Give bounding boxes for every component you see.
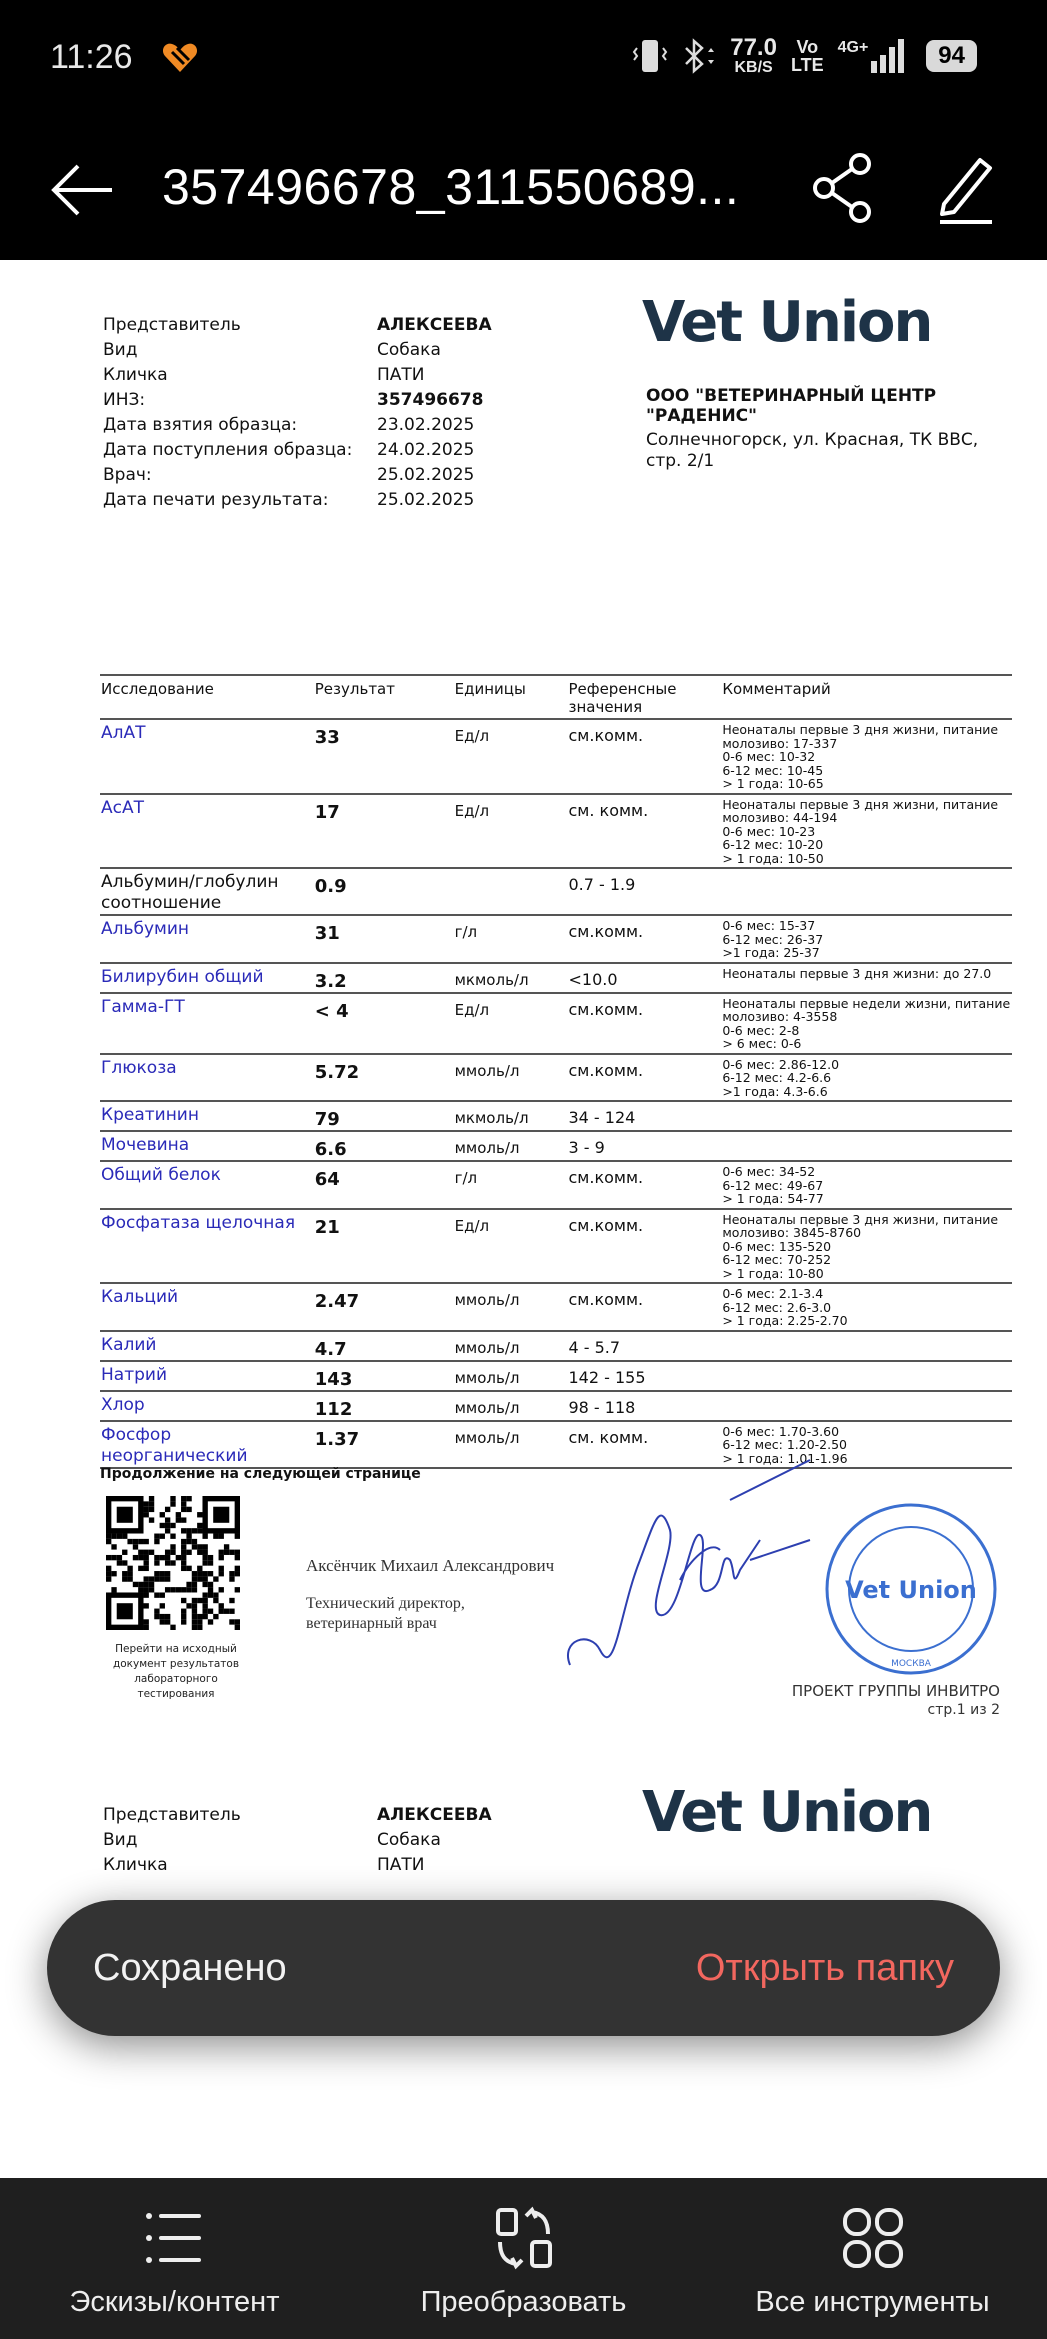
table-row: Креатинин79мкмоль/л34 - 124 bbox=[100, 1100, 1012, 1130]
info-row: ВидСобака bbox=[103, 337, 492, 362]
test-comment bbox=[722, 1135, 1012, 1160]
info-label: Дата поступления образца: bbox=[103, 440, 377, 460]
test-unit bbox=[455, 872, 569, 914]
test-comment bbox=[722, 1365, 1012, 1390]
edit-pencil-icon[interactable] bbox=[936, 152, 996, 224]
info-label: Вид bbox=[103, 340, 377, 360]
test-reference: см.комм. bbox=[568, 1213, 722, 1283]
table-header: Исследование Результат Единицы Референсн… bbox=[100, 676, 1012, 718]
test-comment: 0-6 мес: 2.1-3.46-12 мес: 2.6-3.0> 1 год… bbox=[722, 1287, 1012, 1330]
test-unit: ммоль/л bbox=[455, 1365, 569, 1390]
test-result: 21 bbox=[315, 1213, 455, 1283]
test-name: Кальций bbox=[100, 1287, 315, 1330]
table-row: Фосфор неорганический1.37ммоль/лсм. комм… bbox=[100, 1420, 1012, 1468]
test-comment bbox=[722, 872, 1012, 914]
test-unit: Ед/л bbox=[455, 798, 569, 868]
test-name: Альбумин bbox=[100, 919, 315, 962]
test-result: 64 bbox=[315, 1165, 455, 1208]
volte-indicator: Vo LTE bbox=[791, 38, 824, 74]
svg-text:МОСКВА: МОСКВА bbox=[891, 1659, 932, 1669]
test-comment: 0-6 мес: 34-526-12 мес: 49-67> 1 года: 5… bbox=[722, 1165, 1012, 1208]
saved-snackbar: Сохранено Открыть папку bbox=[47, 1900, 1000, 2036]
info-label: Дата печати результата: bbox=[103, 490, 377, 510]
test-result: 0.9 bbox=[315, 872, 455, 914]
info-label: Представитель bbox=[103, 1805, 377, 1825]
info-value: ПАТИ bbox=[377, 365, 425, 385]
results-table: Исследование Результат Единицы Референсн… bbox=[100, 674, 1012, 1469]
info-value: 25.02.2025 bbox=[377, 490, 474, 510]
test-reference: см.комм. bbox=[568, 997, 722, 1053]
table-row: Гамма-ГТ< 4Ед/лсм.комм.Неонаталы первые … bbox=[100, 992, 1012, 1053]
list-icon bbox=[143, 2206, 207, 2270]
test-unit: ммоль/л bbox=[455, 1425, 569, 1468]
test-name: Общий белок bbox=[100, 1165, 315, 1208]
test-reference: см.комм. bbox=[568, 1165, 722, 1208]
table-row: Фосфатаза щелочная21Ед/лсм.комм.Неонатал… bbox=[100, 1208, 1012, 1283]
all-tools-icon bbox=[841, 2206, 905, 2270]
test-reference: см.комм. bbox=[568, 1058, 722, 1101]
table-row: Калий4.7ммоль/л4 - 5.7 bbox=[100, 1330, 1012, 1360]
table-row: Кальций2.47ммоль/лсм.комм.0-6 мес: 2.1-3… bbox=[100, 1282, 1012, 1330]
test-unit: г/л bbox=[455, 1165, 569, 1208]
info-value: 23.02.2025 bbox=[377, 415, 474, 435]
project-note: ПРОЕКТ ГРУППЫ ИНВИТРО bbox=[792, 1682, 1000, 1701]
test-result: 5.72 bbox=[315, 1058, 455, 1101]
test-reference: см.комм. bbox=[568, 723, 722, 793]
clock: 11:26 bbox=[50, 38, 133, 77]
test-comment: Неонаталы первые 3 дня жизни, питаниемол… bbox=[722, 798, 1012, 868]
svg-text:Vet Union: Vet Union bbox=[845, 1576, 977, 1604]
page2-patient-info: ПредставительАЛЕКСЕЕВАВидСобакаКличкаПАТ… bbox=[103, 1802, 492, 1877]
table-row: Альбумин31г/лсм.комм.0-6 мес: 15-376-12 … bbox=[100, 914, 1012, 962]
test-result: < 4 bbox=[315, 997, 455, 1053]
test-unit: г/л bbox=[455, 919, 569, 962]
test-reference: 0.7 - 1.9 bbox=[568, 872, 722, 914]
test-name: АлАТ bbox=[100, 723, 315, 793]
test-name: Гамма-ГТ bbox=[100, 997, 315, 1053]
test-reference: 142 - 155 bbox=[568, 1365, 722, 1390]
info-row: ПредставительАЛЕКСЕЕВА bbox=[103, 312, 492, 337]
test-name: Фосфор неорганический bbox=[100, 1425, 315, 1468]
test-unit: ммоль/л bbox=[455, 1287, 569, 1330]
company-stamp: Vet Union МОСКВА bbox=[822, 1500, 1000, 1678]
test-unit: Ед/л bbox=[455, 723, 569, 793]
test-comment: Неонаталы первые 3 дня жизни: до 27.0 bbox=[722, 967, 1012, 992]
continuation-note: Продолжение на следующей странице bbox=[100, 1466, 421, 1482]
test-name: АсАТ bbox=[100, 798, 315, 868]
project-footer: ПРОЕКТ ГРУППЫ ИНВИТРО стр.1 из 2 bbox=[792, 1682, 1000, 1720]
test-reference: 34 - 124 bbox=[568, 1105, 722, 1130]
table-row: Альбумин/глобулин соотношение0.90.7 - 1.… bbox=[100, 867, 1012, 914]
org-name: ООО "ВЕТЕРИНАРНЫЙ ЦЕНТР "РАДЕНИС" bbox=[646, 386, 1006, 426]
pdf-document-view[interactable]: ПредставительАЛЕКСЕЕВАВидСобакаКличкаПАТ… bbox=[0, 260, 1047, 2180]
info-row: ИНЗ:357496678 bbox=[103, 387, 492, 412]
test-result: 1.37 bbox=[315, 1425, 455, 1468]
test-reference: <10.0 bbox=[568, 967, 722, 992]
snackbar-message: Сохранено bbox=[93, 1947, 287, 1990]
info-value: Собака bbox=[377, 340, 441, 360]
test-result: 31 bbox=[315, 919, 455, 962]
test-comment: Неонаталы первые 3 дня жизни, питаниемол… bbox=[722, 1213, 1012, 1283]
info-value: 25.02.2025 bbox=[377, 465, 474, 485]
battery-indicator: 94 bbox=[926, 40, 977, 72]
info-value: Собака bbox=[377, 1830, 441, 1850]
test-result: 143 bbox=[315, 1365, 455, 1390]
page2-vet-union-logo: Vet Union bbox=[642, 1780, 931, 1845]
document-title: 357496678_311550689... bbox=[162, 158, 739, 216]
info-value: ПАТИ bbox=[377, 1855, 425, 1875]
test-name: Мочевина bbox=[100, 1135, 315, 1160]
test-result: 3.2 bbox=[315, 967, 455, 992]
qr-code[interactable] bbox=[106, 1496, 240, 1630]
signer-name: Аксёнчик Михаил Александрович bbox=[306, 1556, 554, 1576]
signature bbox=[560, 1440, 840, 1690]
test-name: Калий bbox=[100, 1335, 315, 1360]
test-unit: ммоль/л bbox=[455, 1058, 569, 1101]
bottom-toolbar: Эскизы/контент Преобразовать Все инструм… bbox=[0, 2178, 1047, 2339]
status-icons: 77.0 KB/S Vo LTE 4G+ 94 bbox=[632, 36, 977, 76]
test-comment bbox=[722, 1395, 1012, 1420]
net-speed: 77.0 KB/S bbox=[730, 36, 777, 76]
test-comment: 0-6 мес: 2.86-12.06-12 мес: 4.2-6.6>1 го… bbox=[722, 1058, 1012, 1101]
test-name: Альбумин/глобулин соотношение bbox=[100, 872, 315, 914]
test-unit: Ед/л bbox=[455, 997, 569, 1053]
info-label: Врач: bbox=[103, 465, 377, 485]
test-result: 2.47 bbox=[315, 1287, 455, 1330]
test-result: 33 bbox=[315, 723, 455, 793]
test-reference: 4 - 5.7 bbox=[568, 1335, 722, 1360]
info-label: Вид bbox=[103, 1830, 377, 1850]
test-reference: 3 - 9 bbox=[568, 1135, 722, 1160]
convert-button[interactable]: Преобразовать bbox=[349, 2178, 698, 2339]
table-row: Натрий143ммоль/л142 - 155 bbox=[100, 1360, 1012, 1390]
test-comment: 0-6 мес: 15-376-12 мес: 26-37>1 года: 25… bbox=[722, 919, 1012, 962]
info-label: Кличка bbox=[103, 1855, 377, 1875]
share-icon[interactable] bbox=[812, 152, 874, 224]
thumbnails-content-button[interactable]: Эскизы/контент bbox=[0, 2178, 349, 2339]
test-comment: Неонаталы первые недели жизни, питаниемо… bbox=[722, 997, 1012, 1053]
test-unit: мкмоль/л bbox=[455, 967, 569, 992]
test-unit: ммоль/л bbox=[455, 1335, 569, 1360]
test-reference: см.комм. bbox=[568, 1287, 722, 1330]
info-value: 24.02.2025 bbox=[377, 440, 474, 460]
table-row: Глюкоза5.72ммоль/лсм.комм.0-6 мес: 2.86-… bbox=[100, 1053, 1012, 1101]
organization-info: ООО "ВЕТЕРИНАРНЫЙ ЦЕНТР "РАДЕНИС" Солнеч… bbox=[646, 386, 1006, 472]
convert-icon bbox=[492, 2206, 556, 2270]
info-label: ИНЗ: bbox=[103, 390, 377, 410]
test-name: Глюкоза bbox=[100, 1058, 315, 1101]
org-address: Солнечногорск, ул. Красная, ТК ВВС, стр.… bbox=[646, 430, 1006, 472]
table-row: АлАТ33Ед/лсм.комм.Неонаталы первые 3 дня… bbox=[100, 718, 1012, 793]
test-unit: Ед/л bbox=[455, 1213, 569, 1283]
test-unit: мкмоль/л bbox=[455, 1105, 569, 1130]
vet-union-logo: Vet Union bbox=[642, 290, 931, 355]
info-value: АЛЕКСЕЕВА bbox=[377, 1805, 492, 1825]
test-result: 4.7 bbox=[315, 1335, 455, 1360]
back-arrow-icon[interactable] bbox=[48, 160, 114, 220]
test-name: Билирубин общий bbox=[100, 967, 315, 992]
signal-icon: 4G+ bbox=[838, 39, 905, 73]
info-value: АЛЕКСЕЕВА bbox=[377, 315, 492, 335]
all-tools-button[interactable]: Все инструменты bbox=[698, 2178, 1047, 2339]
test-reference: см.комм. bbox=[568, 919, 722, 962]
test-result: 17 bbox=[315, 798, 455, 868]
info-row: ВидСобака bbox=[103, 1827, 492, 1852]
table-row: Общий белок64г/лсм.комм.0-6 мес: 34-526-… bbox=[100, 1160, 1012, 1208]
info-value: 357496678 bbox=[377, 390, 483, 410]
table-row: АсАТ17Ед/лсм. комм.Неонаталы первые 3 дн… bbox=[100, 793, 1012, 868]
table-row: Хлор112ммоль/л98 - 118 bbox=[100, 1390, 1012, 1420]
test-name: Хлор bbox=[100, 1395, 315, 1420]
test-comment bbox=[722, 1335, 1012, 1360]
info-row: КличкаПАТИ bbox=[103, 1852, 492, 1877]
info-row: ПредставительАЛЕКСЕЕВА bbox=[103, 1802, 492, 1827]
test-result: 6.6 bbox=[315, 1135, 455, 1160]
status-bar: 11:26 77.0 KB/S Vo LTE 4G+ 94 bbox=[0, 0, 1047, 120]
test-name: Натрий bbox=[100, 1365, 315, 1390]
test-name: Фосфатаза щелочная bbox=[100, 1213, 315, 1283]
vibrate-icon bbox=[632, 38, 668, 74]
info-label: Кличка bbox=[103, 365, 377, 385]
test-result: 112 bbox=[315, 1395, 455, 1420]
test-unit: ммоль/л bbox=[455, 1395, 569, 1420]
info-row: Дата взятия образца:23.02.2025 bbox=[103, 412, 492, 437]
test-reference: 98 - 118 bbox=[568, 1395, 722, 1420]
test-comment bbox=[722, 1105, 1012, 1130]
test-result: 79 bbox=[315, 1105, 455, 1130]
test-name: Креатинин bbox=[100, 1105, 315, 1130]
page-number: стр.1 из 2 bbox=[792, 1701, 1000, 1720]
info-label: Дата взятия образца: bbox=[103, 415, 377, 435]
info-row: Дата печати результата:25.02.2025 bbox=[103, 487, 492, 512]
test-reference: см. комм. bbox=[568, 798, 722, 868]
patient-info: ПредставительАЛЕКСЕЕВАВидСобакаКличкаПАТ… bbox=[103, 312, 492, 512]
test-comment: Неонаталы первые 3 дня жизни, питаниемол… bbox=[722, 723, 1012, 793]
table-row: Билирубин общий3.2мкмоль/л<10.0Неонаталы… bbox=[100, 962, 1012, 992]
info-row: КличкаПАТИ bbox=[103, 362, 492, 387]
info-row: Врач:25.02.2025 bbox=[103, 462, 492, 487]
info-row: Дата поступления образца:24.02.2025 bbox=[103, 437, 492, 462]
table-row: Мочевина6.6ммоль/л3 - 9 bbox=[100, 1130, 1012, 1160]
info-label: Представитель bbox=[103, 315, 377, 335]
test-unit: ммоль/л bbox=[455, 1135, 569, 1160]
qr-caption: Перейти на исходный документ результатов… bbox=[96, 1642, 256, 1702]
bluetooth-icon bbox=[682, 38, 716, 74]
app-bar: 357496678_311550689... bbox=[0, 120, 1047, 260]
signer-role: Технический директор, ветеринарный врач bbox=[306, 1594, 496, 1634]
open-folder-button[interactable]: Открыть папку bbox=[696, 1947, 954, 1990]
app-heart-icon bbox=[162, 40, 198, 74]
